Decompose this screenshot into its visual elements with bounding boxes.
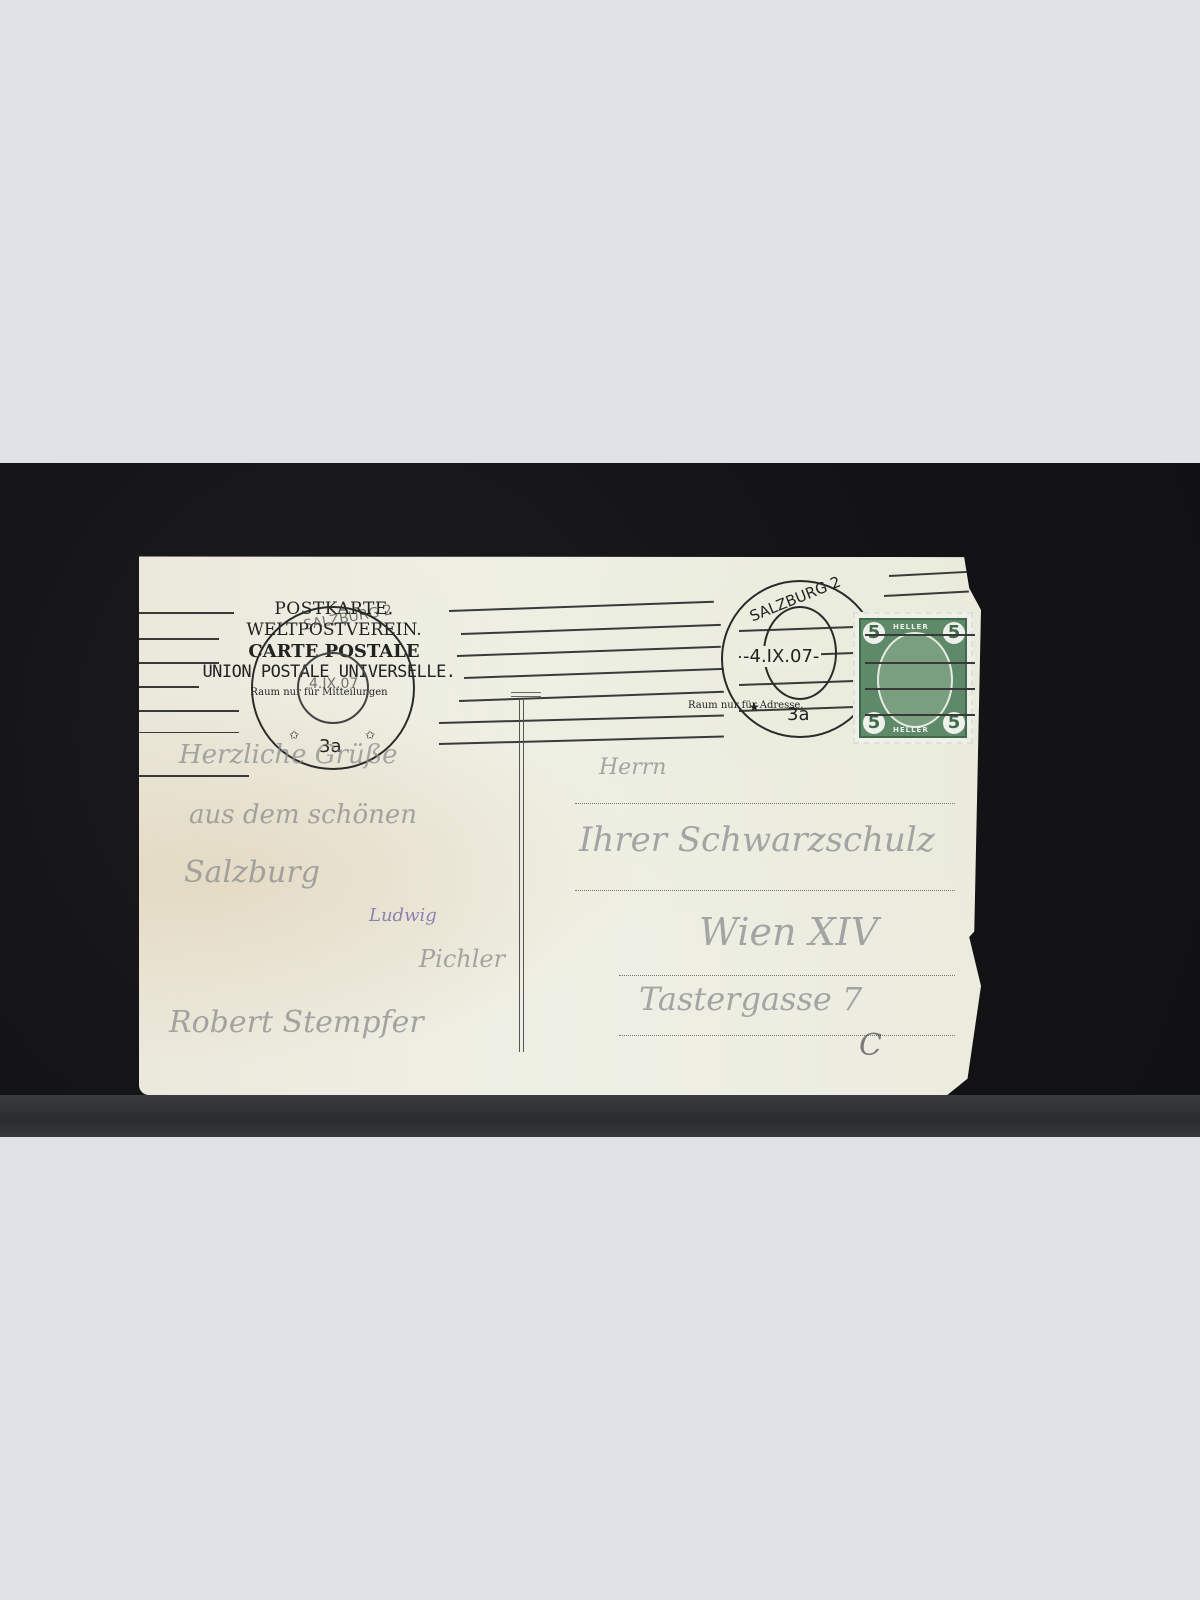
postmark-date: 4.IX.07 bbox=[309, 676, 358, 692]
handwritten-initial: C bbox=[859, 1028, 882, 1063]
star-icon: ★ bbox=[749, 700, 760, 714]
shelf-edge bbox=[0, 1095, 1200, 1137]
divider-line bbox=[519, 700, 524, 1052]
cancel-line bbox=[439, 715, 724, 724]
cancel-line bbox=[139, 686, 199, 688]
cancel-line bbox=[139, 775, 249, 777]
address-handwriting: Tastergasse 7 bbox=[639, 980, 862, 1018]
cancel-line bbox=[865, 662, 975, 664]
message-handwriting: Robert Stempfer bbox=[169, 1005, 424, 1040]
address-line bbox=[619, 975, 955, 976]
postage-stamp: 5 5 5 5 HELLER HELLER bbox=[853, 612, 973, 744]
cancel-line bbox=[884, 591, 969, 597]
postmark-date: -4.IX.07- bbox=[741, 646, 821, 667]
message-handwriting: Salzburg bbox=[184, 855, 320, 890]
cancel-line bbox=[449, 601, 714, 612]
message-handwriting: aus dem schönen bbox=[189, 800, 417, 830]
cancel-line bbox=[889, 571, 969, 577]
cancel-line bbox=[439, 736, 724, 745]
postmark-city: SALZBURG 2 bbox=[302, 602, 393, 633]
cancel-line bbox=[461, 624, 721, 635]
address-line bbox=[575, 803, 955, 804]
cancel-line bbox=[457, 646, 721, 657]
cancel-line bbox=[139, 710, 239, 712]
cancel-line bbox=[865, 714, 975, 716]
message-handwriting: Herzliche Grüße bbox=[179, 740, 397, 770]
cancel-line bbox=[464, 668, 724, 679]
message-handwriting: Ludwig bbox=[369, 905, 437, 926]
address-line bbox=[575, 890, 955, 891]
stamp-denomination: 5 bbox=[943, 622, 965, 644]
address-line bbox=[619, 1035, 955, 1036]
cancel-line bbox=[139, 732, 239, 733]
address-handwriting: Wien XIV bbox=[699, 910, 878, 954]
cancel-line bbox=[865, 688, 975, 690]
cancel-line bbox=[459, 691, 724, 702]
divider-cap bbox=[511, 692, 541, 697]
cancel-line bbox=[139, 612, 234, 614]
message-handwriting: Pichler bbox=[419, 945, 505, 973]
address-handwriting: Ihrer Schwarzschulz bbox=[579, 820, 935, 860]
postcard: POSTKARTE. WELTPOSTVEREIN. CARTE POSTALE… bbox=[139, 550, 981, 1095]
address-handwriting: Herrn bbox=[599, 755, 666, 780]
stamp-label-top: HELLER bbox=[893, 623, 929, 631]
stamp-denomination: 5 bbox=[863, 622, 885, 644]
cancel-line bbox=[865, 634, 975, 636]
stamp-label-bottom: HELLER bbox=[893, 726, 929, 734]
postmark-code: 3a bbox=[787, 704, 809, 725]
